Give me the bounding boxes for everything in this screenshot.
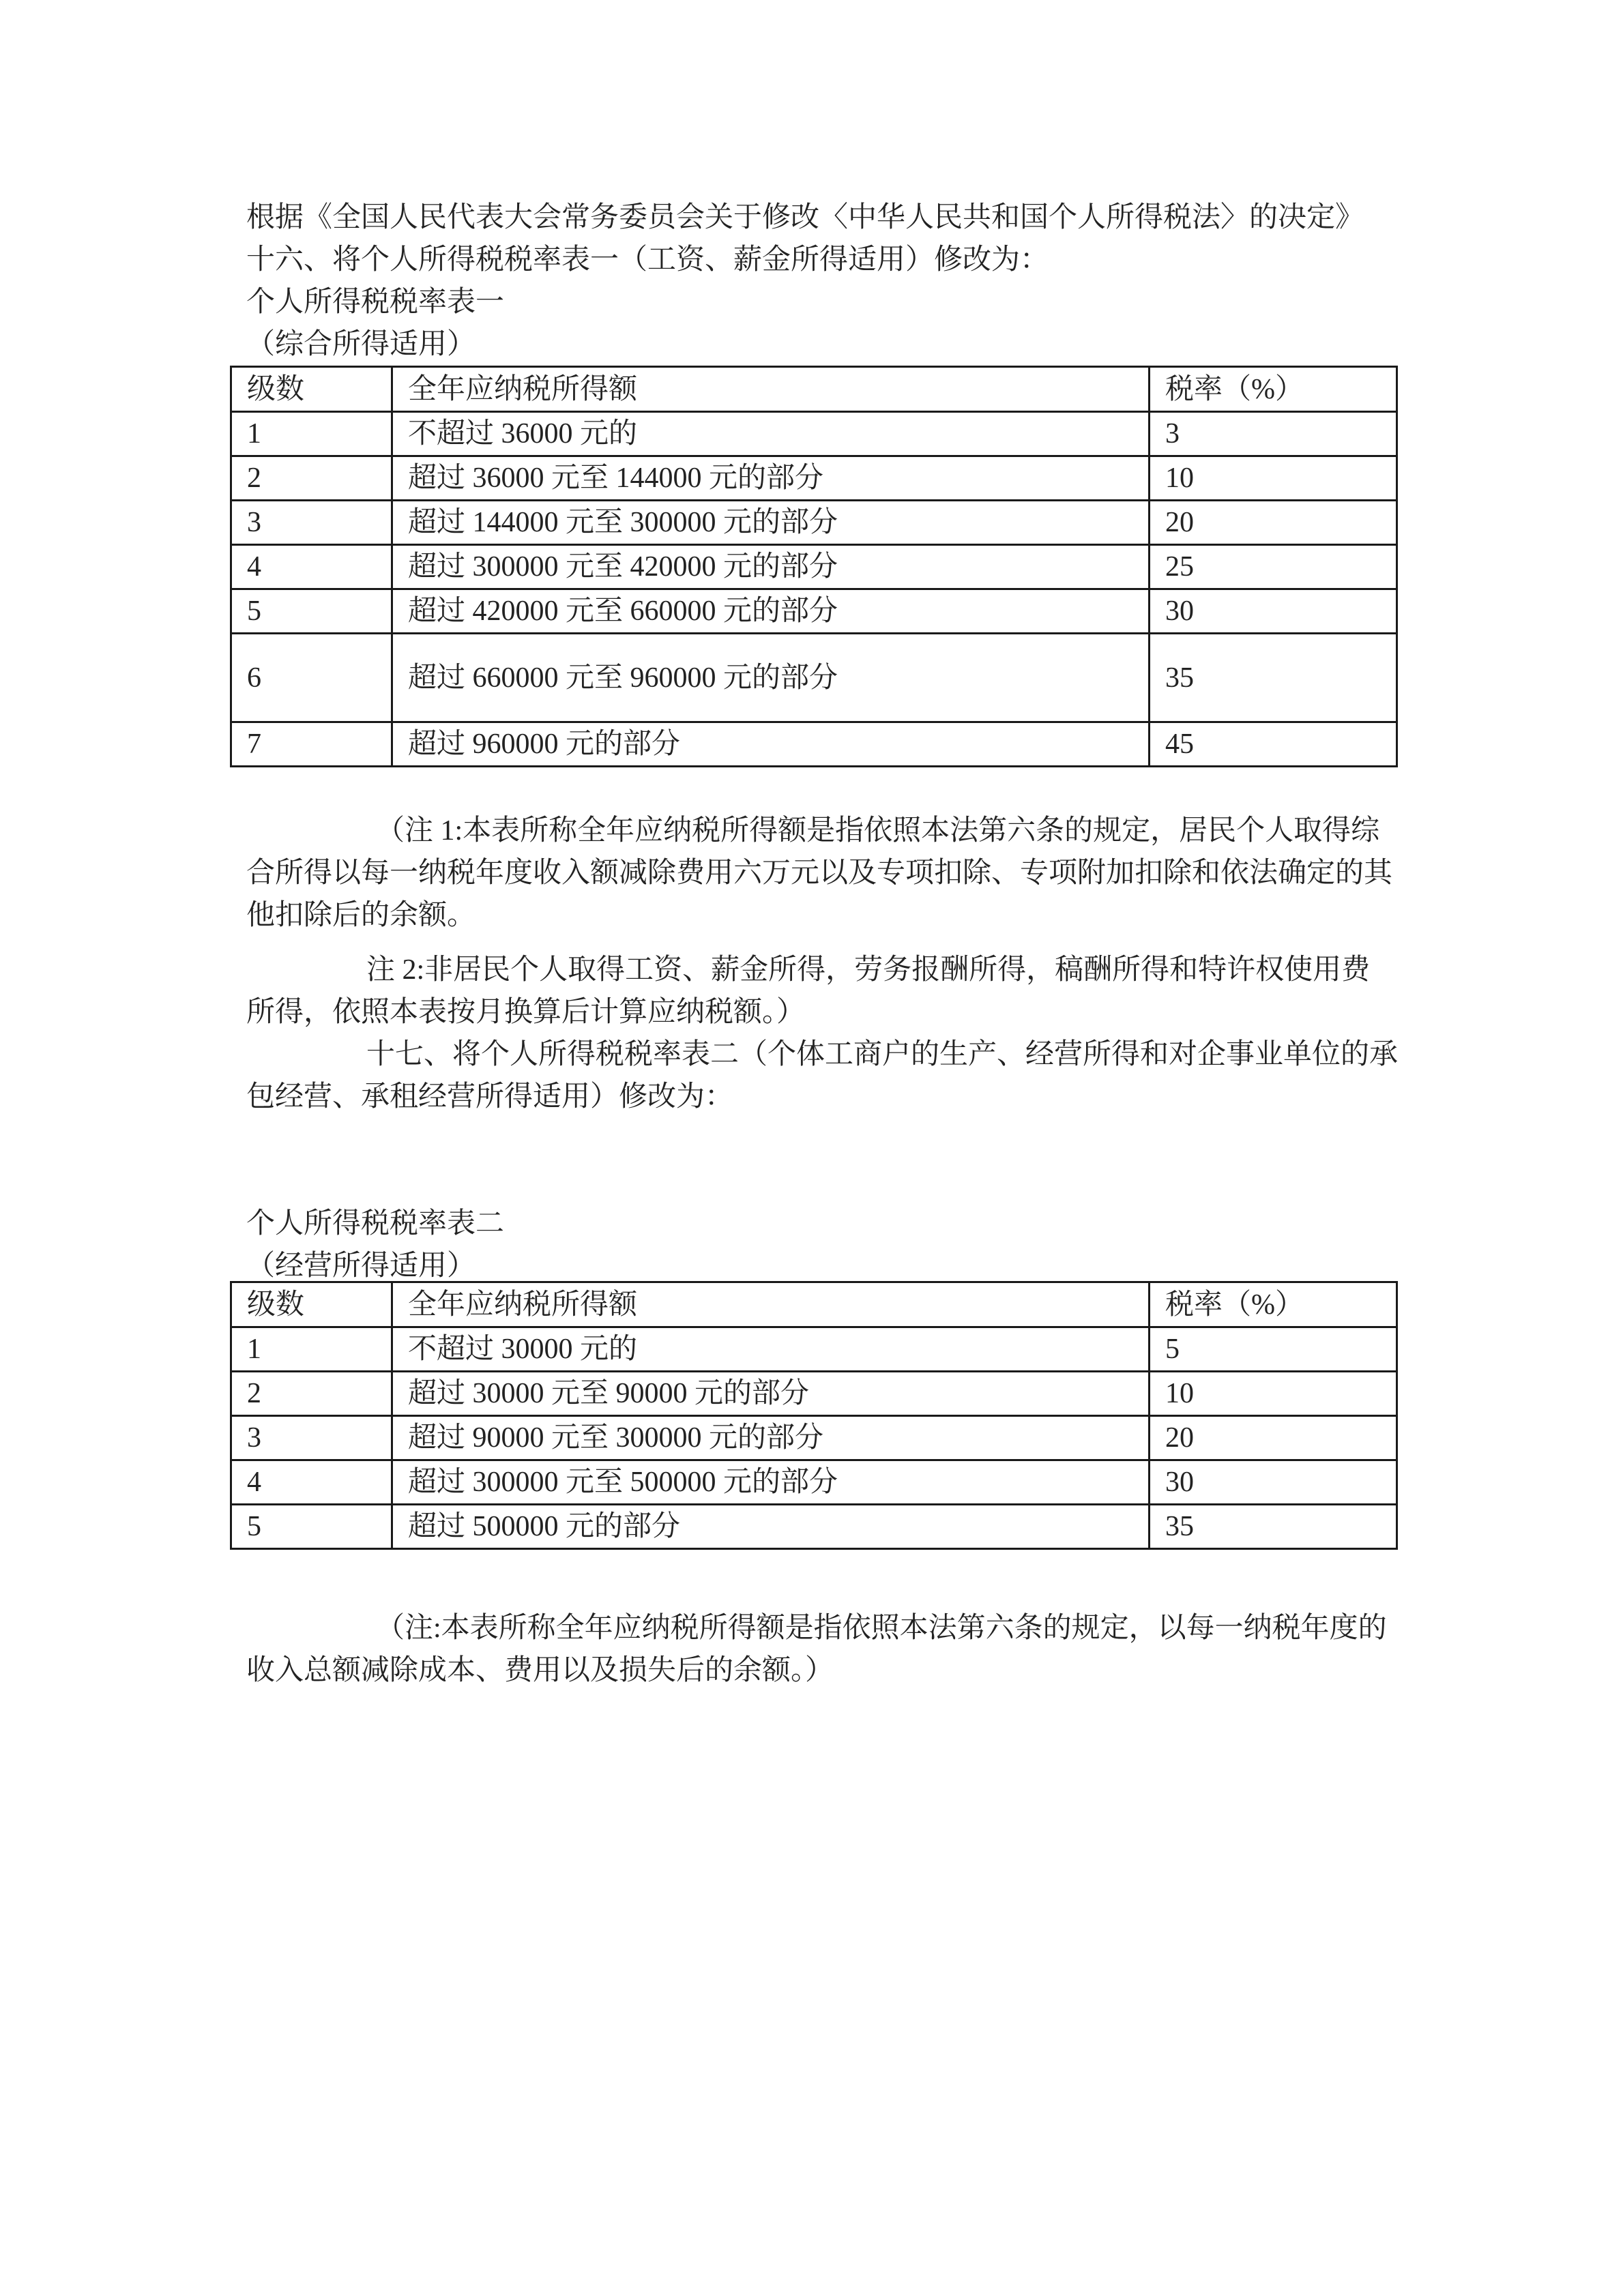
text-line: 合所得以每一纳税年度收入额减除费用六万元以及专项扣除、专项附加扣除和依法确定的其 [246, 852, 1394, 894]
note-2-paragraph: 注 2:非居民个人取得工资、薪金所得，劳务报酬所得，稿酬所得和特许权使用费 所得… [246, 949, 1394, 1033]
cell-income: 超过 36000 元至 144000 元的部分 [392, 456, 1150, 501]
intro-paragraph: 根据《全国人民代表大会常务委员会关于修改〈中华人民共和国个人所得税法〉的决定》 … [246, 196, 1394, 366]
scanned-document-page: { "doc": { "intro": { "lines": [ "根据《全国人… [0, 0, 1623, 2296]
header-cell-rate: 税率（%） [1150, 367, 1397, 412]
header-cell-rate: 税率（%） [1150, 1282, 1397, 1327]
table-row: 2 超过 36000 元至 144000 元的部分 10 [231, 456, 1397, 501]
table1-subtitle: （综合所得适用） [246, 323, 1394, 366]
cell-income: 超过 144000 元至 300000 元的部分 [392, 501, 1150, 545]
cell-income: 超过 300000 元至 500000 元的部分 [392, 1460, 1150, 1505]
cell-income: 超过 660000 元至 960000 元的部分 [392, 634, 1150, 722]
cell-income: 不超过 36000 元的 [392, 412, 1150, 456]
table-row: 3 超过 144000 元至 300000 元的部分 20 [231, 501, 1397, 545]
cell-rate: 10 [1150, 1372, 1397, 1416]
cell-rate: 35 [1150, 634, 1397, 722]
tax-rate-table-1: 级数 全年应纳税所得额 税率（%） 1 不超过 36000 元的 3 2 超过 … [230, 366, 1398, 767]
text-line: 所得，依照本表按月换算后计算应纳税额。） [246, 991, 1394, 1033]
table-row: 1 不超过 30000 元的 5 [231, 1327, 1397, 1372]
item-17-paragraph: 十七、将个人所得税税率表二（个体工商户的生产、经营所得和对企事业单位的承 包经营… [246, 1033, 1394, 1118]
header-cell-income: 全年应纳税所得额 [392, 367, 1150, 412]
cell-rate: 30 [1150, 1460, 1397, 1505]
cell-rate: 20 [1150, 501, 1397, 545]
table-row: 3 超过 90000 元至 300000 元的部分 20 [231, 1416, 1397, 1460]
header-cell-level: 级数 [231, 1282, 392, 1327]
table2-title-block: 个人所得税税率表二 （经营所得适用） [246, 1203, 1394, 1287]
cell-level: 2 [231, 456, 392, 501]
note-3-paragraph: （注:本表所称全年应纳税所得额是指依照本法第六条的规定，以每一纳税年度的 收入总… [246, 1607, 1394, 1692]
cell-level: 5 [231, 1505, 392, 1549]
text-line: 注 2:非居民个人取得工资、薪金所得，劳务报酬所得，稿酬所得和特许权使用费 [246, 949, 1394, 991]
table-row: 4 超过 300000 元至 420000 元的部分 25 [231, 545, 1397, 589]
cell-income: 超过 30000 元至 90000 元的部分 [392, 1372, 1150, 1416]
cell-rate: 5 [1150, 1327, 1397, 1372]
table2-title: 个人所得税税率表二 [246, 1203, 1394, 1245]
table-row: 4 超过 300000 元至 500000 元的部分 30 [231, 1460, 1397, 1505]
cell-level: 3 [231, 501, 392, 545]
cell-income: 超过 90000 元至 300000 元的部分 [392, 1416, 1150, 1460]
tax-rate-table-2: 级数 全年应纳税所得额 税率（%） 1 不超过 30000 元的 5 2 超过 … [230, 1281, 1398, 1550]
table-row: 7 超过 960000 元的部分 45 [231, 722, 1397, 767]
cell-level: 1 [231, 412, 392, 456]
table2-header-row: 级数 全年应纳税所得额 税率（%） [231, 1282, 1397, 1327]
cell-rate: 45 [1150, 722, 1397, 767]
text-line: 收入总额减除成本、费用以及损失后的余额。） [246, 1649, 1394, 1692]
cell-level: 1 [231, 1327, 392, 1372]
cell-level: 4 [231, 1460, 392, 1505]
cell-level: 6 [231, 634, 392, 722]
table-row: 6 超过 660000 元至 960000 元的部分 35 [231, 634, 1397, 722]
cell-level: 2 [231, 1372, 392, 1416]
cell-income: 超过 420000 元至 660000 元的部分 [392, 589, 1150, 634]
cell-level: 5 [231, 589, 392, 634]
cell-level: 4 [231, 545, 392, 589]
text-line: （注:本表所称全年应纳税所得额是指依照本法第六条的规定，以每一纳税年度的 [246, 1607, 1394, 1649]
table-row: 5 超过 500000 元的部分 35 [231, 1505, 1397, 1549]
table1-title: 个人所得税税率表一 [246, 281, 1394, 323]
note-1-paragraph: （注 1:本表所称全年应纳税所得额是指依照本法第六条的规定，居民个人取得综 合所… [246, 810, 1394, 937]
cell-rate: 25 [1150, 545, 1397, 589]
table1-header-row: 级数 全年应纳税所得额 税率（%） [231, 367, 1397, 412]
cell-level: 3 [231, 1416, 392, 1460]
cell-income: 不超过 30000 元的 [392, 1327, 1150, 1372]
table-row: 5 超过 420000 元至 660000 元的部分 30 [231, 589, 1397, 634]
cell-income: 超过 960000 元的部分 [392, 722, 1150, 767]
cell-income: 超过 300000 元至 420000 元的部分 [392, 545, 1150, 589]
cell-rate: 30 [1150, 589, 1397, 634]
text-line: 包经营、承租经营所得适用）修改为： [246, 1076, 1394, 1118]
cell-level: 7 [231, 722, 392, 767]
table-row: 1 不超过 36000 元的 3 [231, 412, 1397, 456]
cell-rate: 35 [1150, 1505, 1397, 1549]
text-line: （注 1:本表所称全年应纳税所得额是指依照本法第六条的规定，居民个人取得综 [246, 810, 1394, 852]
header-cell-level: 级数 [231, 367, 392, 412]
text-line: 十七、将个人所得税税率表二（个体工商户的生产、经营所得和对企事业单位的承 [246, 1033, 1394, 1076]
header-cell-income: 全年应纳税所得额 [392, 1282, 1150, 1327]
text-line: 他扣除后的余额。 [246, 894, 1394, 937]
text-line: 十六、将个人所得税税率表一（工资、薪金所得适用）修改为： [246, 239, 1394, 281]
text-line: 根据《全国人民代表大会常务委员会关于修改〈中华人民共和国个人所得税法〉的决定》 [246, 196, 1394, 239]
cell-income: 超过 500000 元的部分 [392, 1505, 1150, 1549]
cell-rate: 10 [1150, 456, 1397, 501]
table-row: 2 超过 30000 元至 90000 元的部分 10 [231, 1372, 1397, 1416]
cell-rate: 20 [1150, 1416, 1397, 1460]
cell-rate: 3 [1150, 412, 1397, 456]
